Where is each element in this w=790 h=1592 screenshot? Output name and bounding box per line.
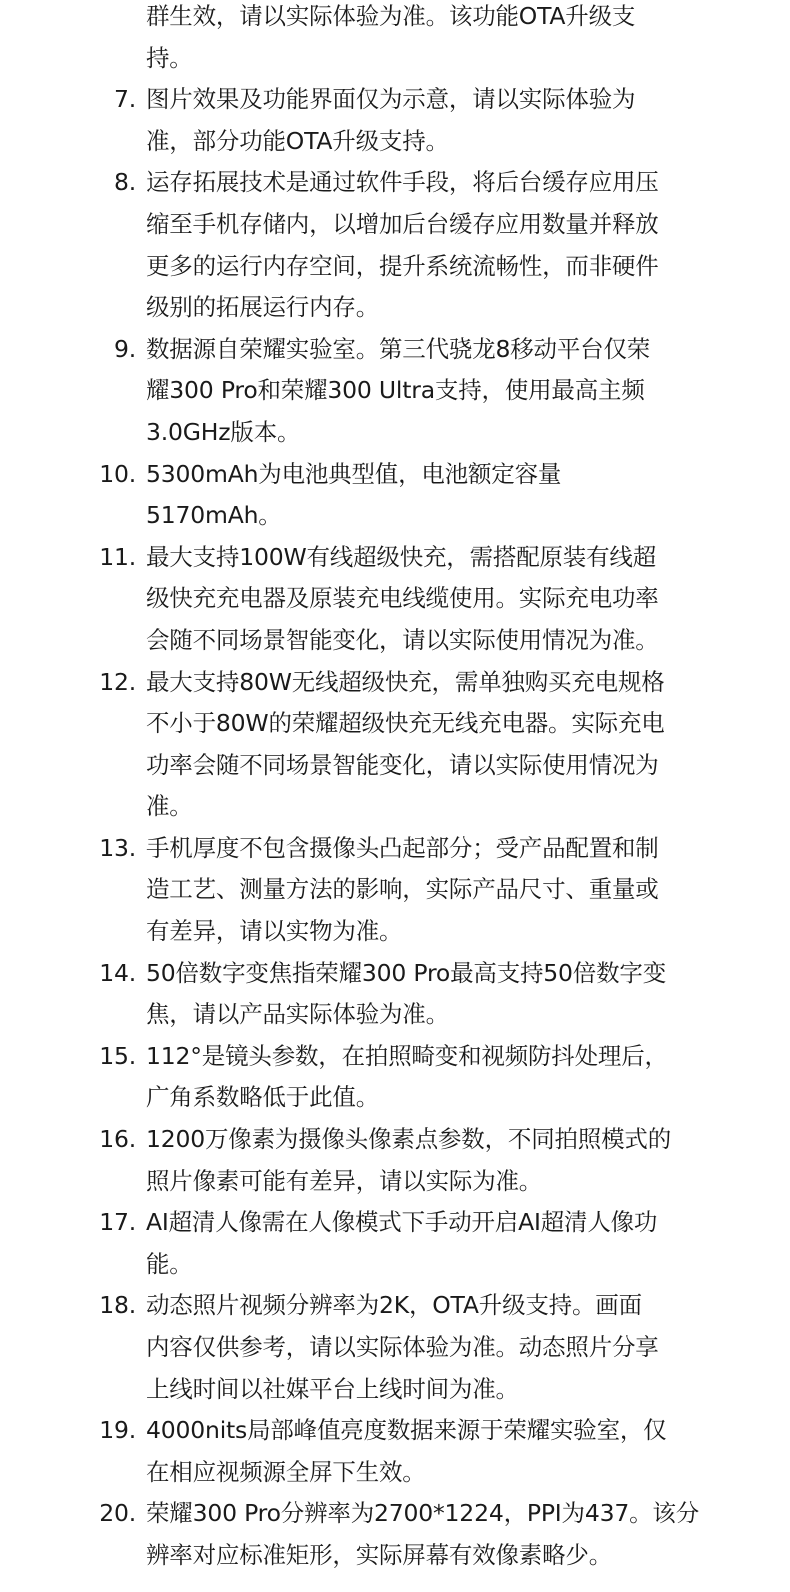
footnote-text: 动态照片视频分辨率为2K，OTA升级支持。画面 内容仅供参考，请以实际体验为准。… [146,1285,690,1410]
footnote-text: 50倍数字变焦指荣耀300 Pro最高支持50倍数字变 焦，请以产品实际体验为准… [146,953,690,1036]
footnote-item-7: 7. 图片效果及功能界面仅为示意，请以实际体验为 准，部分功能OTA升级支持。 [0,79,790,162]
footnote-item-9: 9. 数据源自荣耀实验室。第三代骁龙8移动平台仅荣 耀300 Pro和荣耀300… [0,329,790,454]
footnote-line: 荣耀300 Pro分辨率为2700*1224，PPI为437。该分 [146,1493,690,1535]
footnote-number: 9. [0,329,136,371]
footnote-line: 在相应视频源全屏下生效。 [146,1452,690,1494]
footnote-item-20: 20. 荣耀300 Pro分辨率为2700*1224，PPI为437。该分 辨率… [0,1493,790,1576]
footnote-number: 18. [0,1285,136,1327]
footnote-line: 数据源自荣耀实验室。第三代骁龙8移动平台仅荣 [146,329,690,371]
footnote-number: 7. [0,79,136,121]
footnote-line: 耀300 Pro和荣耀300 Ultra支持，使用最高主频 [146,370,690,412]
footnote-line: 内容仅供参考，请以实际体验为准。动态照片分享 [146,1327,690,1369]
footnote-number: 10. [0,454,136,496]
footnote-line: 4000nits局部峰值亮度数据来源于荣耀实验室，仅 [146,1410,690,1452]
footnote-number: 15. [0,1036,136,1078]
footnote-text: 数据源自荣耀实验室。第三代骁龙8移动平台仅荣 耀300 Pro和荣耀300 Ul… [146,329,690,454]
footnote-line: 辨率对应标准矩形，实际屏幕有效像素略少。 [146,1535,690,1577]
footnote-item-10: 10. 5300mAh为电池典型值，电池额定容量 5170mAh。 [0,454,790,537]
footnote-text: 最大支持100W有线超级快充，需搭配原装有线超 级快充充电器及原装充电线缆使用。… [146,537,690,662]
footnote-number: 19. [0,1410,136,1452]
footnote-line: 级快充充电器及原装充电线缆使用。实际充电功率 [146,578,690,620]
footnote-item-19: 19. 4000nits局部峰值亮度数据来源于荣耀实验室，仅 在相应视频源全屏下… [0,1410,790,1493]
footnote-text: 荣耀300 Pro分辨率为2700*1224，PPI为437。该分 辨率对应标准… [146,1493,690,1576]
footnote-line: 焦，请以产品实际体验为准。 [146,994,690,1036]
footnote-number: 14. [0,953,136,995]
footnote-line: 5300mAh为电池典型值，电池额定容量 [146,454,690,496]
footnote-number: 17. [0,1202,136,1244]
footnote-item-17: 17. AI超清人像需在人像模式下手动开启AI超清人像功 能。 [0,1202,790,1285]
footnote-text: 图片效果及功能界面仅为示意，请以实际体验为 准，部分功能OTA升级支持。 [146,79,690,162]
footnote-line: 有差异，请以实物为准。 [146,911,690,953]
footnote-line: 照片像素可能有差异，请以实际为准。 [146,1161,690,1203]
footnote-line: 运存拓展技术是通过软件手段，将后台缓存应用压 [146,162,690,204]
footnote-number: 8. [0,162,136,204]
footnote-text: 群生效，请以实际体验为准。该功能OTA升级支 持。 [146,0,690,79]
footnote-line: 手机厚度不包含摄像头凸起部分；受产品配置和制 [146,828,690,870]
footnote-item-8: 8. 运存拓展技术是通过软件手段，将后台缓存应用压 缩至手机存储内，以增加后台缓… [0,162,790,328]
footnote-line: 最大支持80W无线超级快充，需单独购买充电规格 [146,662,690,704]
footnote-line: AI超清人像需在人像模式下手动开启AI超清人像功 [146,1202,690,1244]
footnote-line: 最大支持100W有线超级快充，需搭配原装有线超 [146,537,690,579]
footnote-item-13: 13. 手机厚度不包含摄像头凸起部分；受产品配置和制 造工艺、测量方法的影响，实… [0,828,790,953]
footnote-line: 1200万像素为摄像头像素点参数，不同拍照模式的 [146,1119,690,1161]
footnote-number: 11. [0,537,136,579]
footnote-item-12: 12. 最大支持80W无线超级快充，需单独购买充电规格 不小于80W的荣耀超级快… [0,662,790,828]
footnote-line: 112°是镜头参数，在拍照畸变和视频防抖处理后， [146,1036,690,1078]
footnote-item-16: 16. 1200万像素为摄像头像素点参数，不同拍照模式的 照片像素可能有差异，请… [0,1119,790,1202]
footnote-line: 图片效果及功能界面仅为示意，请以实际体验为 [146,79,690,121]
footnote-line: 动态照片视频分辨率为2K，OTA升级支持。画面 [146,1285,690,1327]
footnote-text: 112°是镜头参数，在拍照畸变和视频防抖处理后， 广角系数略低于此值。 [146,1036,690,1119]
footnote-line: 功率会随不同场景智能变化，请以实际使用情况为 [146,745,690,787]
footnote-line: 准。 [146,786,690,828]
footnote-line: 持。 [146,38,690,80]
footnote-number: 16. [0,1119,136,1161]
footnote-line: 缩至手机存储内，以增加后台缓存应用数量并释放 [146,204,690,246]
footnote-line: 准，部分功能OTA升级支持。 [146,121,690,163]
footnote-line: 不小于80W的荣耀超级快充无线充电器。实际充电 [146,703,690,745]
footnote-line: 级别的拓展运行内存。 [146,287,690,329]
footnote-item-18: 18. 动态照片视频分辨率为2K，OTA升级支持。画面 内容仅供参考，请以实际体… [0,1285,790,1410]
footnote-text: 最大支持80W无线超级快充，需单独购买充电规格 不小于80W的荣耀超级快充无线充… [146,662,690,828]
footnote-line: 上线时间以社媒平台上线时间为准。 [146,1369,690,1411]
footnote-line: 50倍数字变焦指荣耀300 Pro最高支持50倍数字变 [146,953,690,995]
footnote-number: 20. [0,1493,136,1535]
footnote-list: 群生效，请以实际体验为准。该功能OTA升级支 持。 7. 图片效果及功能界面仅为… [0,0,790,1577]
footnote-number: 12. [0,662,136,704]
footnote-text: 1200万像素为摄像头像素点参数，不同拍照模式的 照片像素可能有差异，请以实际为… [146,1119,690,1202]
footnote-text: 手机厚度不包含摄像头凸起部分；受产品配置和制 造工艺、测量方法的影响，实际产品尺… [146,828,690,953]
footnote-item-15: 15. 112°是镜头参数，在拍照畸变和视频防抖处理后， 广角系数略低于此值。 [0,1036,790,1119]
footnote-line: 更多的运行内存空间，提升系统流畅性，而非硬件 [146,246,690,288]
footnote-text: 4000nits局部峰值亮度数据来源于荣耀实验室，仅 在相应视频源全屏下生效。 [146,1410,690,1493]
footnote-item-6-continued: 群生效，请以实际体验为准。该功能OTA升级支 持。 [0,0,790,79]
footnote-text: 运存拓展技术是通过软件手段，将后台缓存应用压 缩至手机存储内，以增加后台缓存应用… [146,162,690,328]
footnote-line: 群生效，请以实际体验为准。该功能OTA升级支 [146,0,690,38]
footnote-item-11: 11. 最大支持100W有线超级快充，需搭配原装有线超 级快充充电器及原装充电线… [0,537,790,662]
footnote-number: 13. [0,828,136,870]
footnote-line: 5170mAh。 [146,495,690,537]
footnote-text: AI超清人像需在人像模式下手动开启AI超清人像功 能。 [146,1202,690,1285]
footnote-text: 5300mAh为电池典型值，电池额定容量 5170mAh。 [146,454,690,537]
footnote-line: 3.0GHz版本。 [146,412,690,454]
footnote-line: 会随不同场景智能变化，请以实际使用情况为准。 [146,620,690,662]
footnote-line: 广角系数略低于此值。 [146,1077,690,1119]
footnote-line: 能。 [146,1244,690,1286]
footnote-item-14: 14. 50倍数字变焦指荣耀300 Pro最高支持50倍数字变 焦，请以产品实际… [0,953,790,1036]
footnote-line: 造工艺、测量方法的影响，实际产品尺寸、重量或 [146,869,690,911]
